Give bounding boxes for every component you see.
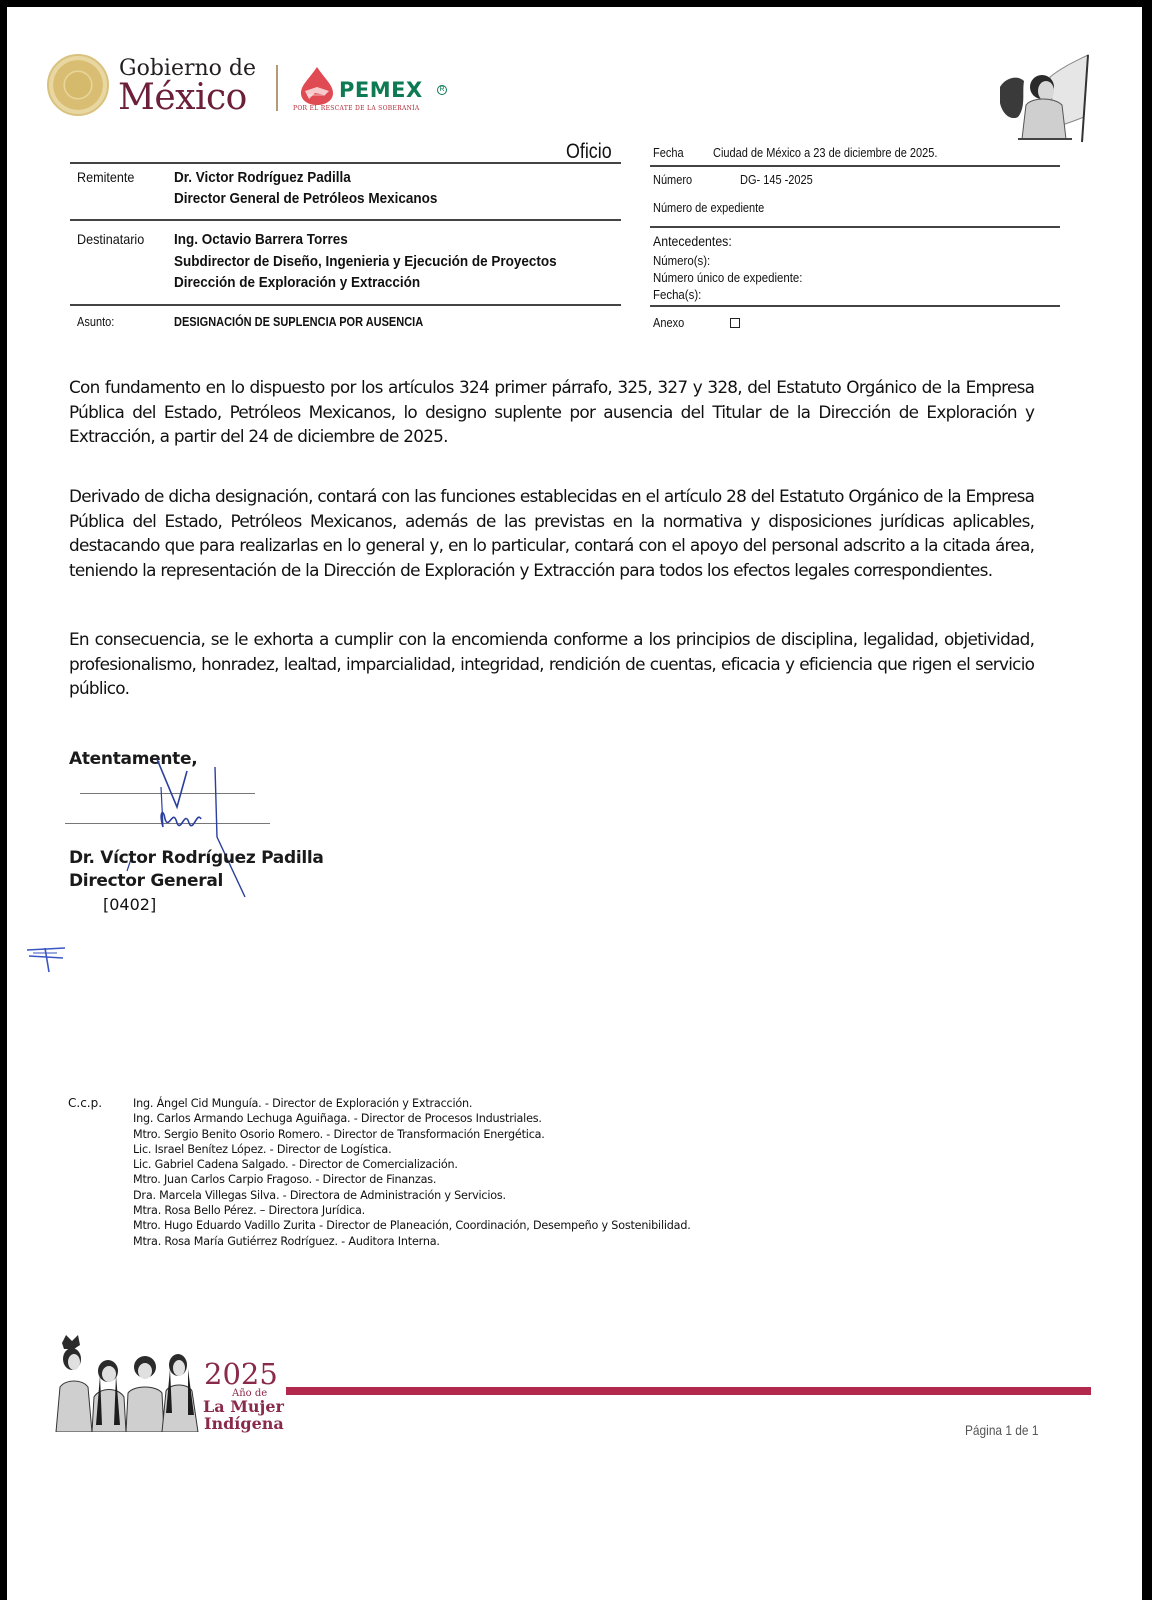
remitente-name: Dr. Victor Rodríguez Padilla [174, 167, 351, 188]
destinatario-title: Subdirector de Diseño, Ingenieria y Ejec… [174, 251, 557, 272]
anexo-label: Anexo [653, 316, 684, 330]
ccp-recipient: Lic. Israel Benítez López. - Director de… [133, 1142, 691, 1157]
asunto-value: DESIGNACIÓN DE SUPLENCIA POR AUSENCIA [174, 315, 423, 329]
ccp-recipient: Mtra. Rosa María Gutiérrez Rodríguez. - … [133, 1234, 691, 1249]
fecha-value: Ciudad de México a 23 de diciembre de 20… [713, 146, 937, 160]
ccp-recipient: Ing. Ángel Cid Munguía. - Director de Ex… [133, 1096, 691, 1111]
body-paragraph-1: Con fundamento en lo dispuesto por los a… [69, 376, 1034, 450]
ccp-recipient: Mtro. Juan Carlos Carpio Fragoso. - Dire… [133, 1172, 691, 1187]
signer-name: Dr. Víctor Rodríguez Padilla [69, 848, 324, 868]
signer-title: Director General [69, 871, 223, 891]
oficio-label: Oficio [566, 140, 612, 164]
heroine-flag-illustration-icon [992, 47, 1092, 147]
destinatario-label: Destinatario [77, 231, 144, 247]
ccp-recipient: Mtro. Hugo Eduardo Vadillo Zurita - Dire… [133, 1218, 691, 1233]
destinatario-name: Ing. Octavio Barrera Torres [174, 229, 348, 250]
ccp-recipient: Dra. Marcela Villegas Silva. - Directora… [133, 1188, 691, 1203]
divider [70, 162, 621, 164]
antecedentes-label: Antecedentes: [653, 233, 732, 250]
numero-value: DG- 145 -2025 [740, 173, 813, 187]
divider [650, 165, 1060, 167]
remitente-label: Remitente [77, 169, 134, 185]
numeros-label: Número(s): [653, 252, 710, 269]
expediente-label: Número de expediente [653, 201, 764, 215]
ccp-recipient: Mtra. Rosa Bello Pérez. – Directora Jurí… [133, 1203, 691, 1218]
signer-code: [0402] [103, 895, 156, 914]
mexico-coat-of-arms-icon [47, 54, 109, 116]
initials-mark-icon [23, 944, 73, 978]
footer-motto-line2: Indígena [204, 1414, 284, 1433]
divider [650, 305, 1060, 307]
anexo-checkbox[interactable] [730, 318, 740, 328]
pemex-logo-text: PEMEX [339, 78, 423, 102]
indigenous-women-illustration-icon [52, 1335, 202, 1432]
divider [650, 226, 1060, 228]
footer-accent-bar [286, 1387, 1091, 1395]
numero-label: Número [653, 173, 692, 187]
ccp-recipient: Mtro. Sergio Benito Osorio Romero. - Dir… [133, 1127, 691, 1142]
divider [70, 219, 621, 221]
gobierno-logo-line2: México [118, 77, 247, 118]
ccp-recipient: Ing. Carlos Armando Lechuga Aguiñaga. - … [133, 1111, 691, 1126]
ccp-recipient-list: Ing. Ángel Cid Munguía. - Director de Ex… [133, 1096, 691, 1249]
divider [70, 304, 621, 306]
page-number: Página 1 de 1 [965, 1422, 1038, 1438]
document-page: Gobierno de México PEMEX R POR EL RESCAT… [7, 7, 1142, 1600]
pemex-tagline: POR EL RESCATE DE LA SOBERANÍA [293, 105, 420, 112]
body-paragraph-3: En consecuencia, se le exhorta a cumplir… [69, 628, 1034, 702]
destinatario-area: Dirección de Exploración y Extracción [174, 272, 420, 293]
fechas-label: Fecha(s): [653, 286, 701, 303]
unico-expediente-label: Número único de expediente: [653, 269, 802, 286]
remitente-title: Director General de Petróleos Mexicanos [174, 188, 437, 209]
pemex-eagle-drop-icon [295, 65, 337, 105]
logo-divider [276, 65, 278, 111]
body-paragraph-2: Derivado de dicha designación, contará c… [69, 485, 1034, 583]
ccp-recipient: Lic. Gabriel Cadena Salgado. - Director … [133, 1157, 691, 1172]
fecha-label: Fecha [653, 146, 684, 160]
asunto-label: Asunto: [77, 315, 114, 329]
registered-mark-icon: R [437, 85, 447, 95]
footer-year: 2025 [204, 1357, 278, 1391]
ccp-label: C.c.p. [68, 1096, 102, 1110]
